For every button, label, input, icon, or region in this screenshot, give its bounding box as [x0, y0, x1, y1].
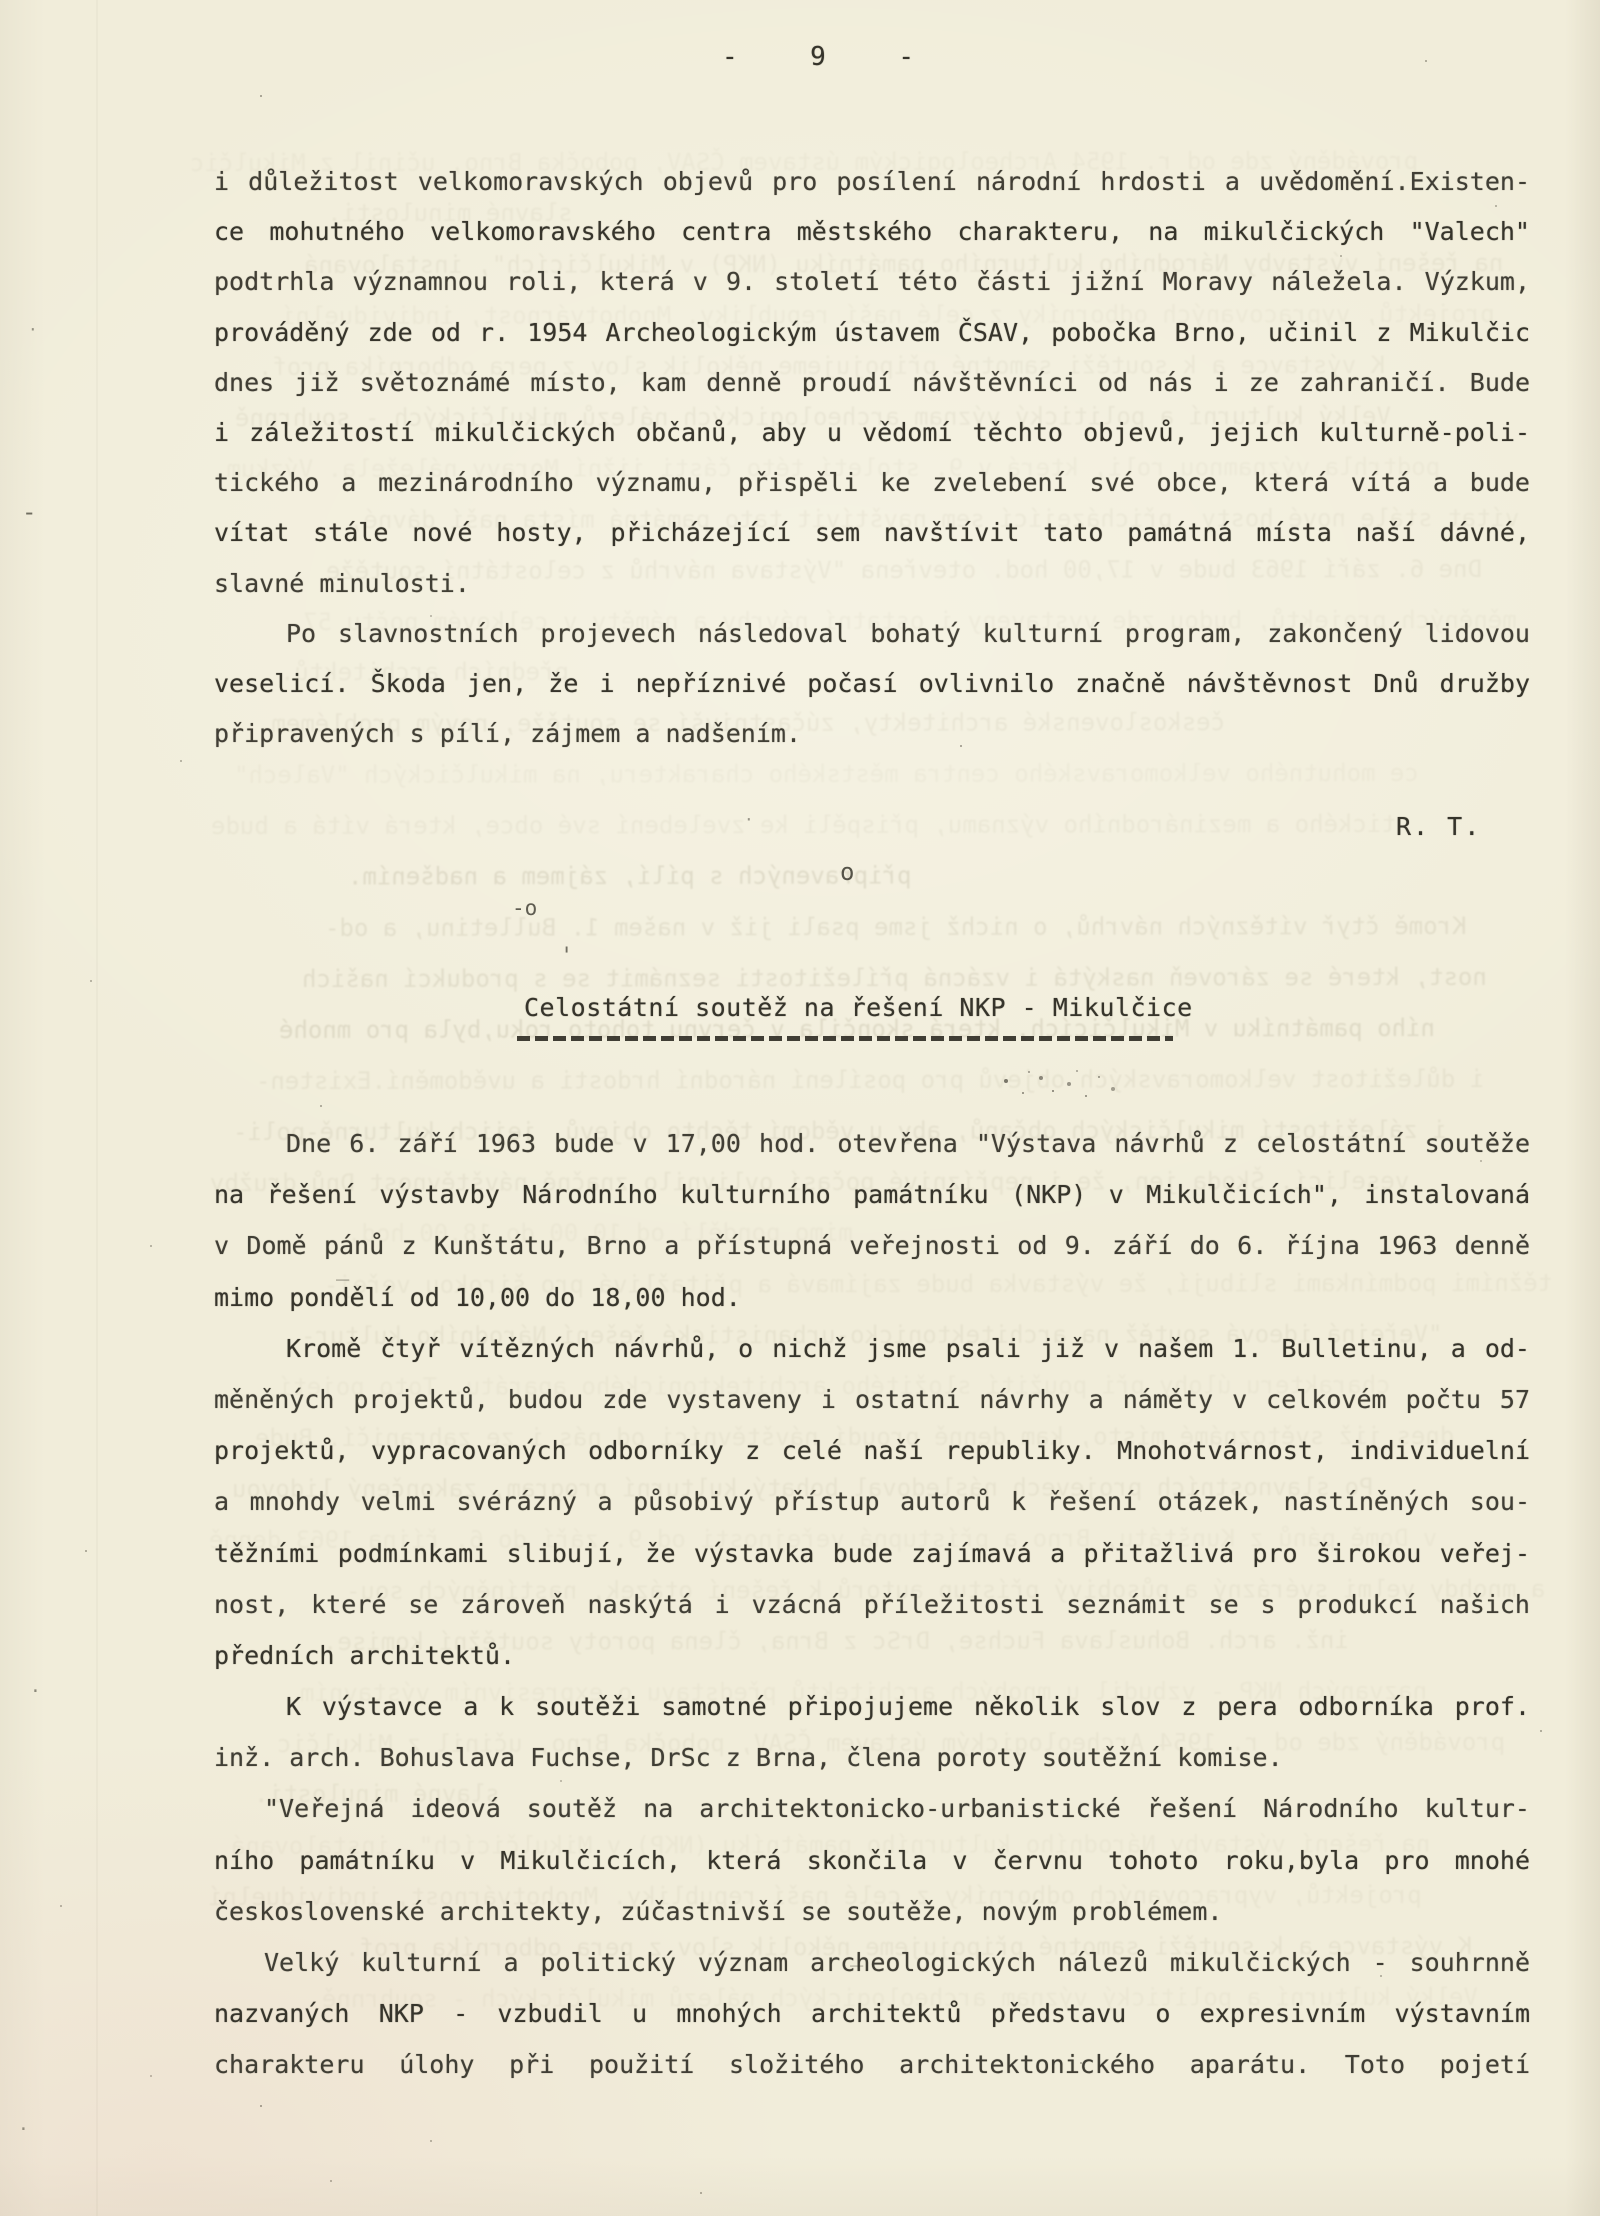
text-line: ního památníku v Mikulčicích, která skon…: [214, 1835, 1530, 1886]
text-line: veselicí. Škoda jen, že i nepříznivé poč…: [214, 659, 1530, 709]
scanned-typewritten-page: prováděný zde od r. 1954 Archeologickým …: [0, 0, 1600, 2216]
stray-mark: -: [22, 500, 36, 524]
text-line: projektů, vypracovaných odborníky z celé…: [214, 1425, 1530, 1476]
text-line: Velký kulturní a politický význam archeo…: [214, 1937, 1530, 1988]
author-initials: R. T.: [1396, 812, 1481, 842]
text-line: mimo pondělí od 10,00 do 18,00 hod.: [214, 1272, 1530, 1323]
text-line: i důležitost velkomoravských objevů pro …: [214, 157, 1530, 207]
text-line: na řešení výstavby Národního kulturního …: [214, 1169, 1530, 1220]
text-line: K výstavce a k soutěži samotné připojuje…: [214, 1681, 1530, 1732]
stray-mark: _: [850, 1944, 863, 1966]
text-line: "Veřejná ideová soutěž na architektonick…: [214, 1783, 1530, 1834]
stray-mark: ·: [28, 322, 38, 338]
text-line: Po slavnostních projevech následoval boh…: [214, 609, 1530, 659]
text-line: těžními podmínkami slibují, že výstavka …: [214, 1528, 1530, 1579]
page-number-value: 9: [810, 42, 826, 72]
text-line: charakteru úlohy při použití složitého a…: [214, 2039, 1530, 2090]
text-line: a mnohdy velmi svérázný a působivý příst…: [214, 1476, 1530, 1527]
stray-mark: o: [840, 860, 854, 884]
stray-mark: -o: [512, 898, 537, 919]
page-number-dash-right: -: [898, 42, 914, 72]
text-line: ce mohutného velkomoravského centra měst…: [214, 207, 1530, 257]
paper-specks: [0, 0, 2, 2]
text-line: nost, které se zároveň naskýtá i vzácná …: [214, 1579, 1530, 1630]
text-line: i záležitostí mikulčických občanů, aby u…: [214, 408, 1530, 458]
stray-mark: ·: [744, 812, 754, 828]
stray-mark: .: [18, 2116, 29, 2134]
article-bottom-text: Dne 6. září 1963 bude v 17,00 hod. otevř…: [214, 1118, 1530, 2091]
text-line: měněných projektů, budou zde vystaveny i…: [214, 1374, 1530, 1425]
stray-mark: .: [30, 1678, 41, 1696]
text-line: Dne 6. září 1963 bude v 17,00 hod. otevř…: [214, 1118, 1530, 1169]
text-line: v Domě pánů z Kunštátu, Brno a přístupná…: [214, 1220, 1530, 1271]
text-line: československé architekty, zúčastnivší s…: [214, 1886, 1530, 1937]
text-line: předních architektů.: [214, 1630, 1530, 1681]
ghost-text-line: tického a mezinárodního významu, přispěl…: [211, 812, 1396, 838]
stray-mark: _: [336, 1258, 349, 1280]
ghost-text-line: i důležitost velkomoravských objevů pro …: [256, 1067, 1484, 1093]
ghost-text-line: nost, které se zároveň naskýtá i vzácná …: [302, 965, 1487, 991]
heading-dashed-underline: [517, 1036, 1173, 1041]
ghost-text-line: ce mohutného velkomoravského centra měst…: [234, 761, 1419, 787]
ghost-text-line: Kromě čtyř vítězných návrhů, o nichž jsm…: [325, 914, 1467, 940]
text-line: inž. arch. Bohuslava Fuchse, DrSc z Brna…: [214, 1732, 1530, 1783]
text-line: Kromě čtyř vítězných návrhů, o nichž jsm…: [214, 1323, 1530, 1374]
text-line: nazvaných NKP - vzbudil u mnohých archit…: [214, 1988, 1530, 2039]
section-heading: Celostátní soutěž na řešení NKP - Mikulč…: [524, 992, 1193, 1024]
text-line: podtrhla významnou roli, která v 9. stol…: [214, 257, 1530, 307]
article-top-text: i důležitost velkomoravských objevů pro …: [214, 157, 1530, 761]
text-line: tického a mezinárodního významu, přispěl…: [214, 458, 1530, 508]
page-number: - 9 -: [722, 42, 914, 72]
stray-mark: ': [560, 946, 573, 968]
text-line: prováděný zde od r. 1954 Archeologickým …: [214, 308, 1530, 358]
text-line: dnes již světoznámé místo, kam denně pro…: [214, 358, 1530, 408]
text-line: vítat stále nové hosty, přicházející sem…: [214, 508, 1530, 558]
text-line: připravených s pílí, zájmem a nadšením.: [214, 709, 1530, 759]
page-number-dash-left: -: [722, 42, 738, 72]
text-line: slavné minulosti.: [214, 559, 1530, 609]
ghost-text-line: připravených s pílí, zájmem a nadšením.: [348, 864, 912, 889]
